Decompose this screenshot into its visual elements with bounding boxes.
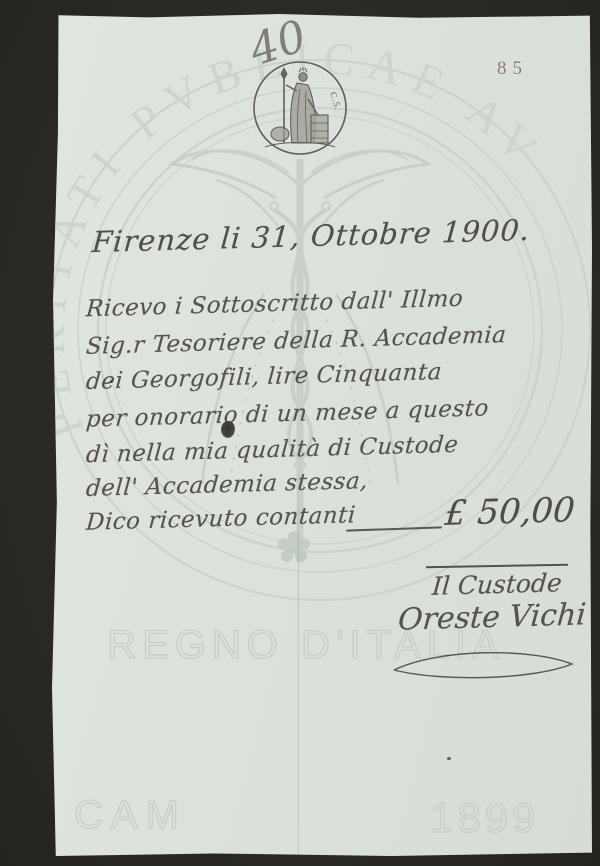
tally-dash xyxy=(346,526,442,531)
stamp-figure-head xyxy=(299,73,307,81)
paper-fold-line xyxy=(298,444,299,856)
letter-line: Dico ricevuto contanti xyxy=(85,502,357,536)
signature-name: Oreste Vichi xyxy=(379,597,600,638)
ink-blot xyxy=(221,421,235,438)
pen-annotation: 40 xyxy=(243,11,312,77)
paper-speck xyxy=(110,380,113,383)
stamp-figure-body xyxy=(291,83,316,143)
stamp-lion xyxy=(271,127,289,141)
stamp-value-label: C.5. xyxy=(328,91,343,112)
letter-line: Sig.r Tesoriere della R. Accademia xyxy=(85,322,507,360)
letter-dateline: Firenze li 31, Ottobre 1900. xyxy=(91,213,532,259)
paper-speck xyxy=(447,757,451,760)
photo-background: PERITATI PVBLICAE AV xyxy=(0,0,600,866)
watermark-year-text: 1899 xyxy=(430,794,539,841)
letter-line: Ricevo i Sottoscritto dall' Illmo xyxy=(85,286,464,323)
letter-line: dell' Accademia stessa, xyxy=(85,468,369,502)
watermark-maker-text: CAM xyxy=(74,793,187,837)
letter-line: per onorario di un mese a questo xyxy=(85,395,490,432)
archive-number-stamp: 85 xyxy=(497,58,528,80)
stamp-pedestal xyxy=(311,115,328,143)
letter-line: dì nella mia qualità di Custode xyxy=(85,432,459,468)
amount-underline xyxy=(426,564,568,568)
letter-line: dei Georgofili, lire Cinquanta xyxy=(85,359,443,395)
amount-value: £ 50,00 xyxy=(443,490,576,534)
paper-sheet: PERITATI PVBLICAE AV xyxy=(52,14,592,856)
rosette-watermark xyxy=(278,531,310,562)
signature-role: Il Custode xyxy=(401,567,593,601)
signature-flourish xyxy=(382,636,582,688)
